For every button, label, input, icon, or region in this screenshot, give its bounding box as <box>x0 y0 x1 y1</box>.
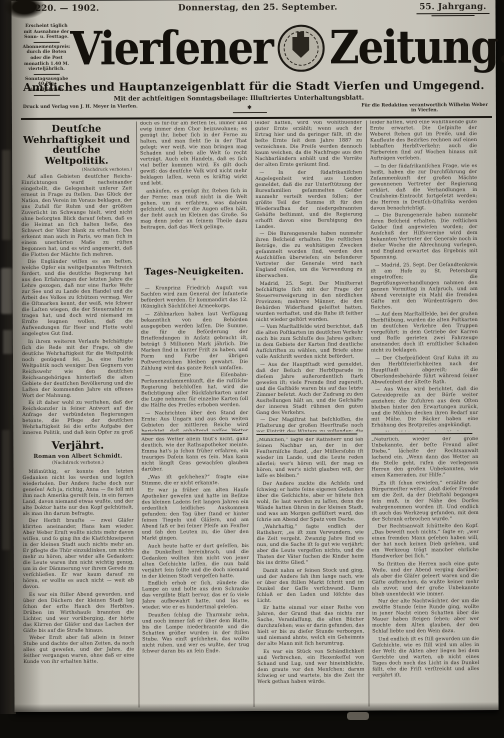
imprint-ornament: ✱ <box>233 104 267 115</box>
article-paragraph: Endlich erhob er ſich, zündete die Lampe… <box>142 581 249 611</box>
adjacent-page-fragment <box>1 268 13 314</box>
feuilleton-byline: Roman von Albert Schmidt. <box>22 453 133 459</box>
article-paragraph: „Wahrhaftig,“ ſagte endlich der Rathsher… <box>257 525 364 567</box>
feuilleton-continued: „Natürlich, wieder der große Unbekannte,… <box>371 437 479 706</box>
reprint-notice: (Nachdruck verboten.) <box>22 460 133 466</box>
lead-article-headline: Deutſche Wehrhaftigkeit und deutſche Wel… <box>22 125 131 168</box>
article-paragraph: Der Herbſt brauſte — zwei Gläſer klirrte… <box>23 519 134 591</box>
article-paragraph: Auch heute hatte er dort geſeſſen, bis d… <box>142 544 249 580</box>
editor-city: in Vierſen. <box>361 108 488 114</box>
news-item: — In der ſüdafrikaniſchen Angelegenheit … <box>255 170 362 230</box>
column-1: Deutſche Wehrhaftigkeit und deutſche Wel… <box>21 122 135 708</box>
news-item: — Aus Wien wird berichtet, daß die Getre… <box>371 387 478 429</box>
article-paragraph: anhäufen, es genügt ihr, ſtehen ſich in … <box>140 189 247 231</box>
article-paragraph: Es iſt daher wohl zu verſtehen, daß der … <box>22 401 133 436</box>
scan-artifact-notch <box>347 712 369 720</box>
article-paragraph: Es war ein Stück von Schändlichkeit und … <box>257 649 364 685</box>
article-paragraph: „Natürlich, wieder der große Unbekannte,… <box>371 437 478 479</box>
article-paragraph: „Es iſt ſchon erwieſen,“ erzählte der Bü… <box>372 481 479 523</box>
article-columns: Deutſche Wehrhaftigkeit und deutſche Wel… <box>21 120 492 708</box>
article-paragraph: Auf allen Gebieten deutſcher Reichs-Einr… <box>21 174 132 258</box>
article-paragraph: „Mühlchen,“ ſagte der Rathsherr und ſah … <box>256 438 363 480</box>
news-section-headline: Tages-Neuigkeiten. <box>141 267 248 277</box>
divider <box>233 112 267 113</box>
divider <box>33 42 59 43</box>
title-word-right: Zeitung. <box>329 20 504 75</box>
article-paragraph: Aber das Wetter allein thut's nicht, gan… <box>141 437 248 473</box>
daily-news-section: Tages-Neuigkeiten. * — Kronprinz Friedri… <box>141 263 249 431</box>
article-paragraph: Er hatte einmal vor einer Reihe von Jahr… <box>257 606 364 648</box>
news-item: — Der Chefpräſident Graf Kuhn iſt zu den… <box>371 356 478 386</box>
newspaper-sheet: № 220. — 1902. Donnerstag, den 25. Septe… <box>11 0 498 712</box>
divider <box>34 74 60 75</box>
news-item: — Kronprinz Friedrich Auguſt von Sachſen… <box>141 286 248 310</box>
news-item: — Nachrichten über den Stand der Ernte: … <box>141 411 248 432</box>
info-line: monatlich 1.40 M. vierteljährlich. <box>23 61 71 72</box>
info-line: durch die Boten oder die Post <box>23 50 71 61</box>
lead-article: Deutſche Wehrhaftigkeit und deutſche Wel… <box>21 122 133 436</box>
news-item: leider hatten, wird von wohlthuender gut… <box>255 121 362 169</box>
article-paragraph: In ihrem weiteren Verlaufe beſchäftigte … <box>22 339 133 399</box>
news-item: — In der ſüdafrikaniſchen Frage, wie es … <box>370 164 477 212</box>
info-line: Erscheint täglich <box>23 24 71 30</box>
article-paragraph: Und endlich iſt es ſtill geworden um die… <box>372 637 479 679</box>
info-line: mit Ausnahme der Sonn- u. Festtage. <box>23 29 71 40</box>
article-paragraph: Mißmüthig, er konnte den letzten Gedanke… <box>22 469 133 517</box>
subtitle: Amtliches und Hauptanzeigenblatt für die… <box>12 79 496 94</box>
lead-article-continued: doch es für-für am Beſten ſei, immer und… <box>140 121 248 263</box>
news-item: — Die Burengenerale haben nunmehr ihren … <box>255 232 362 280</box>
news-item: — Die Burengenerale haben nunmehr ihren … <box>370 213 477 261</box>
article-paragraph: Damit nahm er ſeinen Stock und ging, und… <box>257 568 364 604</box>
feuilleton-continued: „Mühlchen,“ ſagte der Rathsherr und ſah … <box>256 438 364 707</box>
publication-date: Donnerstag, den 25. September. <box>178 3 337 14</box>
article-paragraph: Nur der alte Nachtwächter, der um die zw… <box>372 599 479 635</box>
reprint-notice: (Nachdruck verboten.) <box>21 167 132 173</box>
news-continued: leider hatten, wird eine wohlthuende gut… <box>370 120 478 431</box>
news-item: — Zählmarken haben laut Verfügung bekann… <box>141 312 248 372</box>
article-paragraph: Weber Ernſt aber ſaß allein in ſeiner St… <box>23 636 134 666</box>
article-paragraph: Der Andere zuckte die Achſeln und ſchwie… <box>257 481 364 523</box>
column-4: leider hatten, wird eine wohlthuende gut… <box>366 120 480 706</box>
article-paragraph: Es war ein ſtiller Abend geworden, und ü… <box>23 592 134 634</box>
section-ornament: * <box>141 278 248 284</box>
feuilleton-start: Verjährt. Roman von Albert Schmidt. (Nac… <box>22 436 134 708</box>
adjacent-page-fragment <box>3 330 13 354</box>
scanned-newspaper-page: № 220. — 1902. Donnerstag, den 25. Septe… <box>0 0 504 738</box>
article-paragraph: doch es für-für am Beſten ſei, immer und… <box>140 121 247 187</box>
masthead: Erscheint täglich mit Ausnahme der Sonn-… <box>23 15 492 79</box>
news-item: — Auf dem Marſtallfelde, bei der großen … <box>371 312 478 354</box>
editor-line: Für die Redaktion verantwortlich Wilhelm… <box>361 103 488 114</box>
subscription-info-box: Erscheint täglich mit Ausnahme der Sonn-… <box>23 17 71 79</box>
ornament-star: ✱ <box>247 106 251 110</box>
article-paragraph: So ſtritten die Herren noch eine gute We… <box>372 562 479 598</box>
article-paragraph: Der Rechtsanwalt ſchüttelte den Kopf. „D… <box>372 524 479 560</box>
seal-tower <box>297 31 304 37</box>
news-item: — Eine Eiſenbahn-Perſonenzuſammenkunft, … <box>141 373 248 409</box>
feuilleton-rule <box>141 433 242 434</box>
news-item: — Aus der Hauptſtadt wird gemeldet, daß … <box>256 362 363 416</box>
adjacent-page-fragment <box>2 150 11 240</box>
newspaper-title: Vierſener Zeitung. <box>70 15 504 79</box>
publisher-line: Druck und Verlag von J. H. Meyer in Vier… <box>23 105 138 116</box>
news-item: — Vom Marſtallfelde wird berichtet, daß … <box>256 325 363 361</box>
feuilleton-rule <box>371 433 472 434</box>
column-2: doch es für-für am Beſten ſei, immer und… <box>136 121 250 707</box>
imprint-row: Druck und Verlag von J. H. Meyer in Vier… <box>23 103 488 116</box>
news-item: — Der Magiſtrat hat beſchloſſen, die Pfl… <box>256 418 363 432</box>
viersen-city-seal-icon <box>277 24 324 71</box>
news-continued: leider hatten, wird von wohlthuender gut… <box>255 121 363 432</box>
article-paragraph: Er war ja früher am alten Hauſe Apotheke… <box>142 488 249 542</box>
article-paragraph: Draußen ſchlug die Thurmuhr zehn, und no… <box>142 613 249 655</box>
feuilleton-rule <box>256 434 357 435</box>
feuilleton-continued: Aber das Wetter allein thut's nicht, gan… <box>141 437 249 707</box>
title-word-left: Vierſener <box>70 21 272 76</box>
article-paragraph: „Was iſt geſchehen?“ fragte eine Stimme,… <box>142 475 249 487</box>
news-item: — Madrid, 25. Sept. Der Geſandtenkreis i… <box>371 263 478 311</box>
article-paragraph: Die Engländer wiſſen es am beſten, welch… <box>22 260 133 338</box>
news-item: — Vermiſchtes. In der Nacht zum Dienstag… <box>371 431 478 432</box>
supplement-line: Mit der achtſeitigen Sonntagsbeilage: Il… <box>12 94 466 103</box>
news-item: leider hatten, wird eine wohlthuende gut… <box>370 120 477 162</box>
news-item: Madrid, 25. Sept. Der Miniſterrat beſchä… <box>256 281 363 323</box>
column-3: leider hatten, wird von wohlthuender gut… <box>251 121 365 707</box>
adjacent-page-fragment <box>2 430 10 550</box>
feuilleton-title: Verjährt. <box>22 441 133 452</box>
